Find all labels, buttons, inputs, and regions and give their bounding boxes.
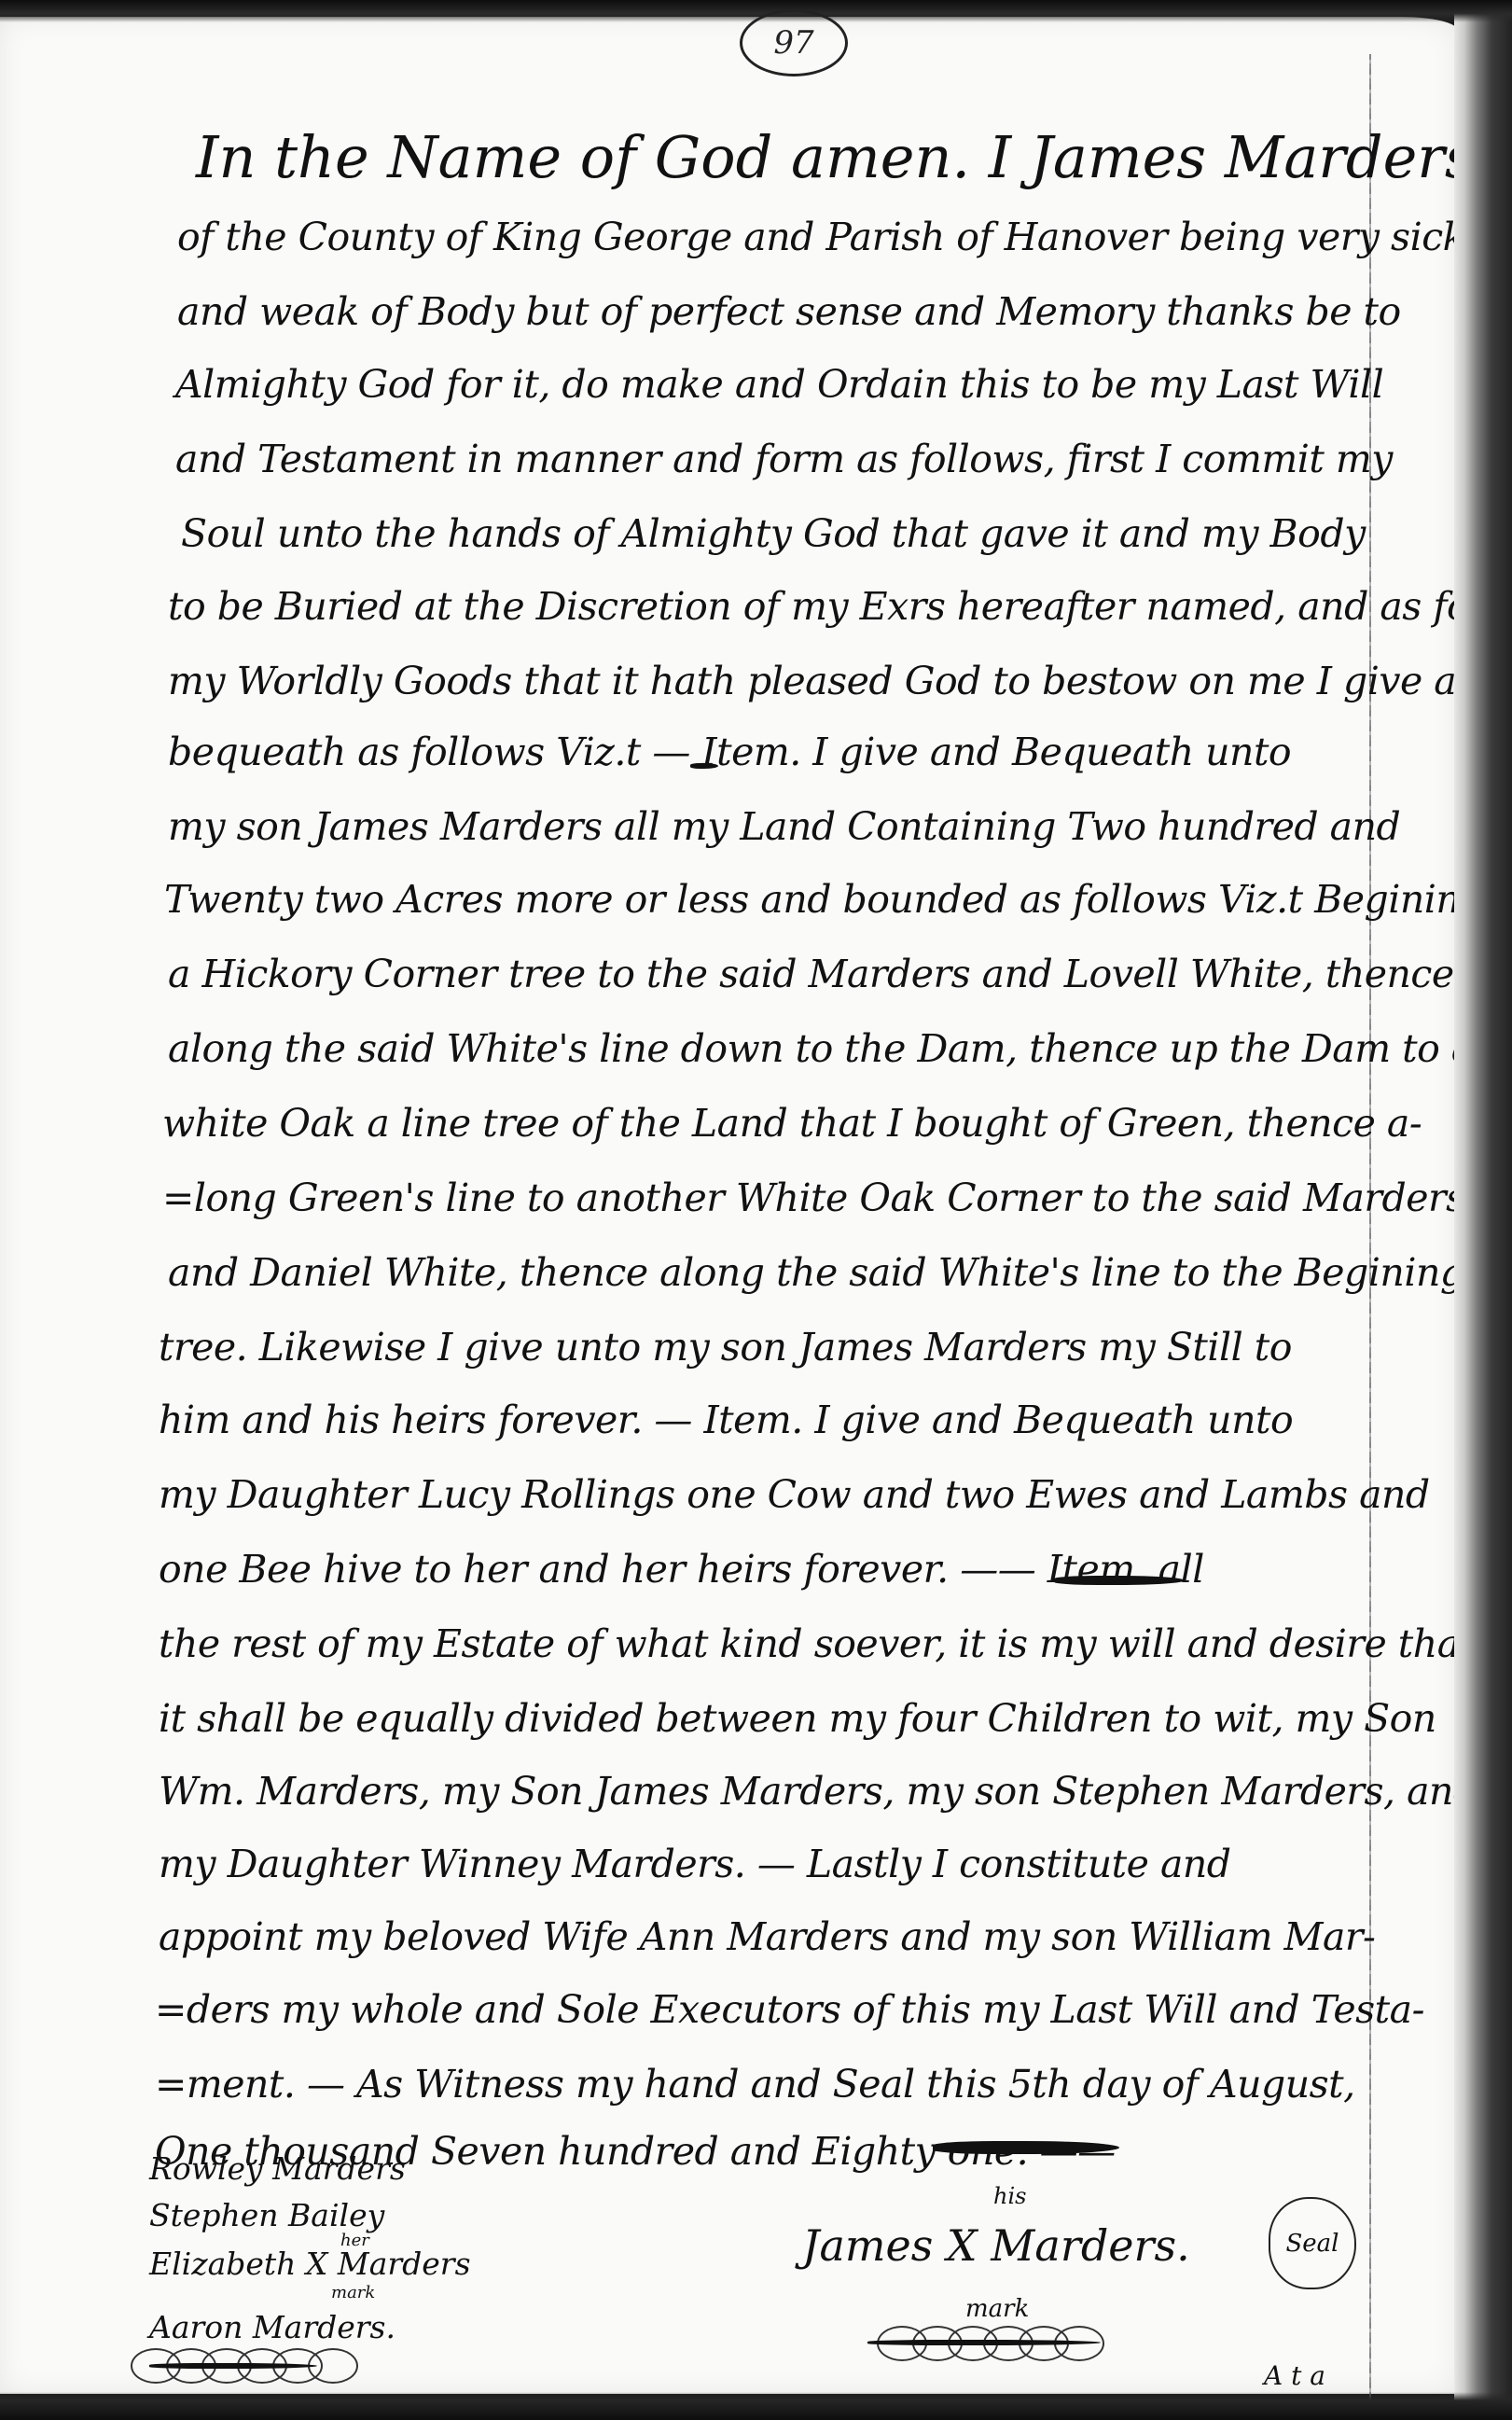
will-line: and Testament in manner and form as foll… bbox=[175, 437, 1393, 481]
will-line: my Daughter Winney Marders. — Lastly I c… bbox=[159, 1842, 1231, 1886]
will-line: Soul unto the hands of Almighty God that… bbox=[181, 511, 1366, 556]
will-line: along the said White's line down to the … bbox=[168, 1026, 1474, 1071]
will-line: and weak of Body but of perfect sense an… bbox=[177, 289, 1401, 334]
ink-dash-flourish bbox=[690, 763, 718, 769]
mark-label-below: mark bbox=[965, 2295, 1029, 2323]
will-line: appoint my beloved Wife Ann Marders and … bbox=[159, 1914, 1375, 1959]
seal-mark: Seal bbox=[1269, 2197, 1356, 2289]
testator-name: James X Marders. bbox=[802, 2220, 1190, 2271]
will-line: my Worldly Goods that it hath pleased Go… bbox=[168, 659, 1505, 703]
page-number-text: 97 bbox=[773, 24, 813, 62]
ink-underline-flourish bbox=[867, 2340, 1101, 2345]
will-line: Almighty God for it, do make and Ordain … bbox=[175, 362, 1383, 407]
witness-name: Elizabeth X Marders bbox=[149, 2246, 471, 2282]
witness-signature-with-mark: Elizabeth X Marders her mark bbox=[149, 2246, 471, 2282]
will-line: =ders my whole and Sole Executors of thi… bbox=[155, 1987, 1424, 2032]
will-line: to be Buried at the Discretion of my Exr… bbox=[168, 584, 1487, 629]
will-line: tree. Likewise I give unto my son James … bbox=[159, 1325, 1292, 1370]
witness-signature: Aaron Marders. bbox=[149, 2309, 395, 2345]
right-margin-rule bbox=[1369, 54, 1371, 2405]
witness-signature: Rowley Marders bbox=[149, 2150, 406, 2187]
will-line: one Bee hive to her and her heirs foreve… bbox=[159, 1547, 1204, 1592]
will-line: =ment. — As Witness my hand and Seal thi… bbox=[155, 2062, 1355, 2107]
will-line: Wm. Marders, my Son James Marders, my so… bbox=[159, 1769, 1477, 1814]
will-line: bequeath as follows Viz.t — Item. I give… bbox=[168, 730, 1291, 774]
will-line: of the County of King George and Parish … bbox=[177, 215, 1465, 259]
mark-label-above: her bbox=[340, 2231, 369, 2250]
will-line: it shall be equally divided between my f… bbox=[159, 1696, 1436, 1741]
scan-bottom-edge-shadow bbox=[0, 2392, 1512, 2420]
recording-note: A t a bbox=[1264, 2360, 1325, 2391]
page-number-circled: 97 bbox=[740, 9, 848, 76]
will-line: white Oak a line tree of the Land that I… bbox=[162, 1101, 1422, 1146]
book-binding-edge bbox=[1454, 0, 1512, 2420]
mark-label-below: mark bbox=[331, 2283, 375, 2302]
will-line: =long Green's line to another White Oak … bbox=[162, 1175, 1465, 1220]
will-line: the rest of my Estate of what kind soeve… bbox=[159, 1621, 1475, 1666]
will-line: my Daughter Lucy Rollings one Cow and tw… bbox=[159, 1472, 1430, 1517]
mark-label-above: his bbox=[993, 2183, 1026, 2209]
witness-signature: Stephen Bailey bbox=[149, 2197, 384, 2233]
will-line: a Hickory Corner tree to the said Marder… bbox=[168, 952, 1454, 996]
ink-dash-flourish bbox=[1054, 1576, 1185, 1585]
will-line: Twenty two Acres more or less and bounde… bbox=[164, 877, 1512, 922]
will-line: him and his heirs forever. — Item. I giv… bbox=[159, 1398, 1293, 1442]
ink-dash-flourish bbox=[933, 2141, 1119, 2154]
seal-text: Seal bbox=[1285, 2232, 1339, 2256]
will-line: and Daniel White, thence along the said … bbox=[168, 1250, 1464, 1295]
will-line-heading: In the Name of God amen. I James Marders… bbox=[196, 123, 1512, 191]
ink-underline-flourish bbox=[149, 2363, 317, 2369]
will-line: my son James Marders all my Land Contain… bbox=[168, 804, 1400, 849]
document-scan: 97 In the Name of God amen. I James Mard… bbox=[0, 0, 1512, 2420]
